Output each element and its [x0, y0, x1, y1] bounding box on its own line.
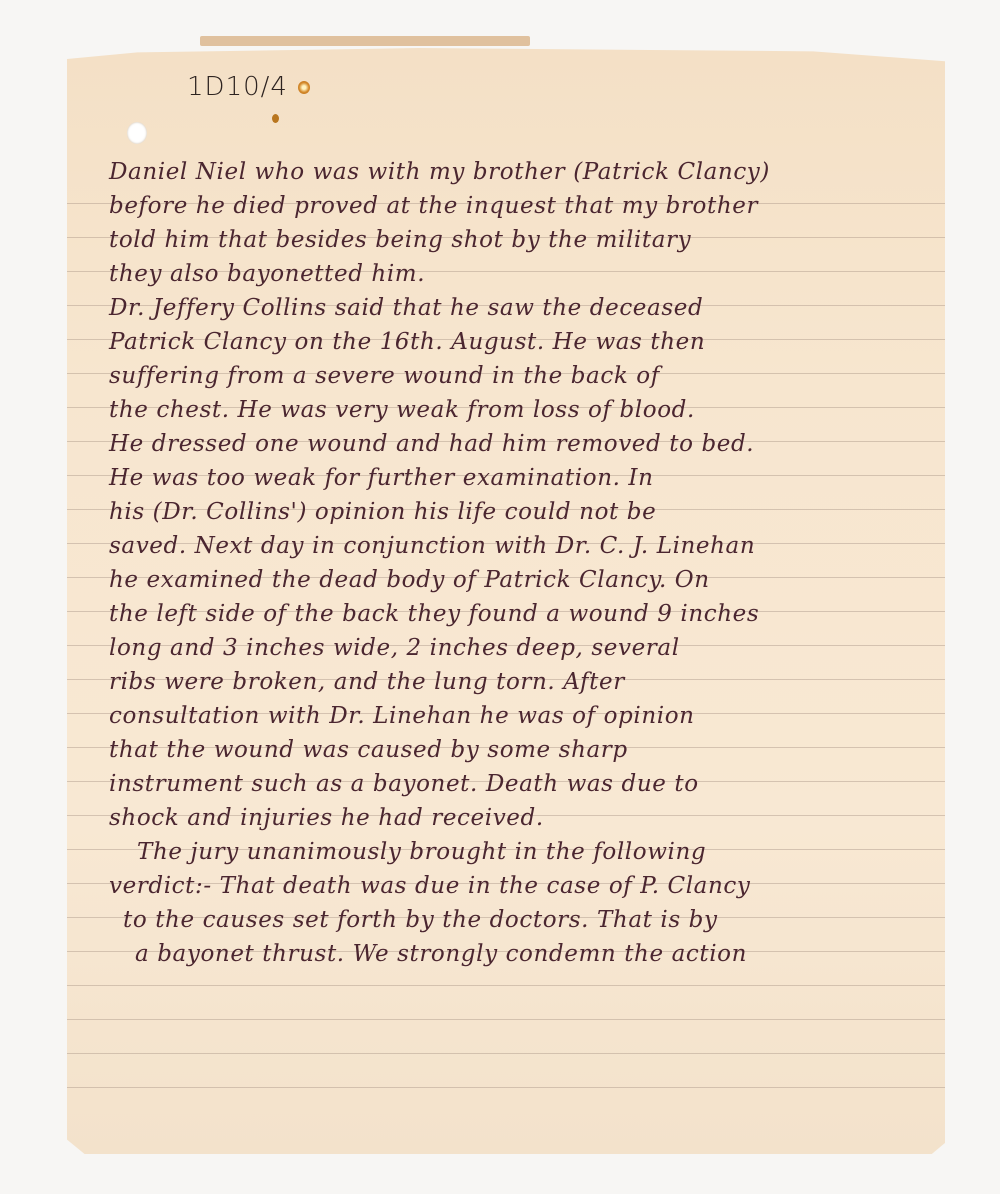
- text-line: verdict:- That death was due in the case…: [109, 869, 925, 903]
- text-line: He dressed one wound and had him removed…: [109, 427, 925, 461]
- text-line: instrument such as a bayonet. Death was …: [109, 767, 925, 801]
- text-line: suffering from a severe wound in the bac…: [109, 359, 925, 393]
- text-line: The jury unanimously brought in the foll…: [109, 835, 925, 869]
- text-line: they also bayonetted him.: [109, 257, 925, 291]
- text-line: He was too weak for further examination.…: [109, 461, 925, 495]
- text-line: shock and injuries he had received.: [109, 801, 925, 835]
- text-line: his (Dr. Collins') opinion his life coul…: [109, 495, 925, 529]
- text-line: consultation with Dr. Linehan he was of …: [109, 699, 925, 733]
- ink-stain: [272, 114, 279, 123]
- text-line: Daniel Niel who was with my brother (Pat…: [109, 155, 925, 189]
- text-line: told him that besides being shot by the …: [109, 223, 925, 257]
- text-line: that the wound was caused by some sharp: [109, 733, 925, 767]
- text-line: to the causes set forth by the doctors. …: [109, 903, 925, 937]
- text-line: before he died proved at the inquest tha…: [109, 189, 925, 223]
- ink-stain: [298, 81, 310, 94]
- text-line: Patrick Clancy on the 16th. August. He w…: [109, 325, 925, 359]
- punch-hole: [127, 122, 147, 144]
- handwritten-text: Daniel Niel who was with my brother (Pat…: [109, 155, 925, 971]
- text-line: ribs were broken, and the lung torn. Aft…: [109, 665, 925, 699]
- handwritten-page: 1D10/4 Daniel Niel who was with my broth…: [67, 48, 945, 1154]
- text-line: he examined the dead body of Patrick Cla…: [109, 563, 925, 597]
- text-line: Dr. Jeffery Collins said that he saw the…: [109, 291, 925, 325]
- text-line: saved. Next day in conjunction with Dr. …: [109, 529, 925, 563]
- text-line: the chest. He was very weak from loss of…: [109, 393, 925, 427]
- torn-paper-edge: [200, 36, 530, 46]
- text-line: long and 3 inches wide, 2 inches deep, s…: [109, 631, 925, 665]
- text-line: a bayonet thrust. We strongly condemn th…: [109, 937, 925, 971]
- text-line: the left side of the back they found a w…: [109, 597, 925, 631]
- archive-reference: 1D10/4: [187, 72, 288, 102]
